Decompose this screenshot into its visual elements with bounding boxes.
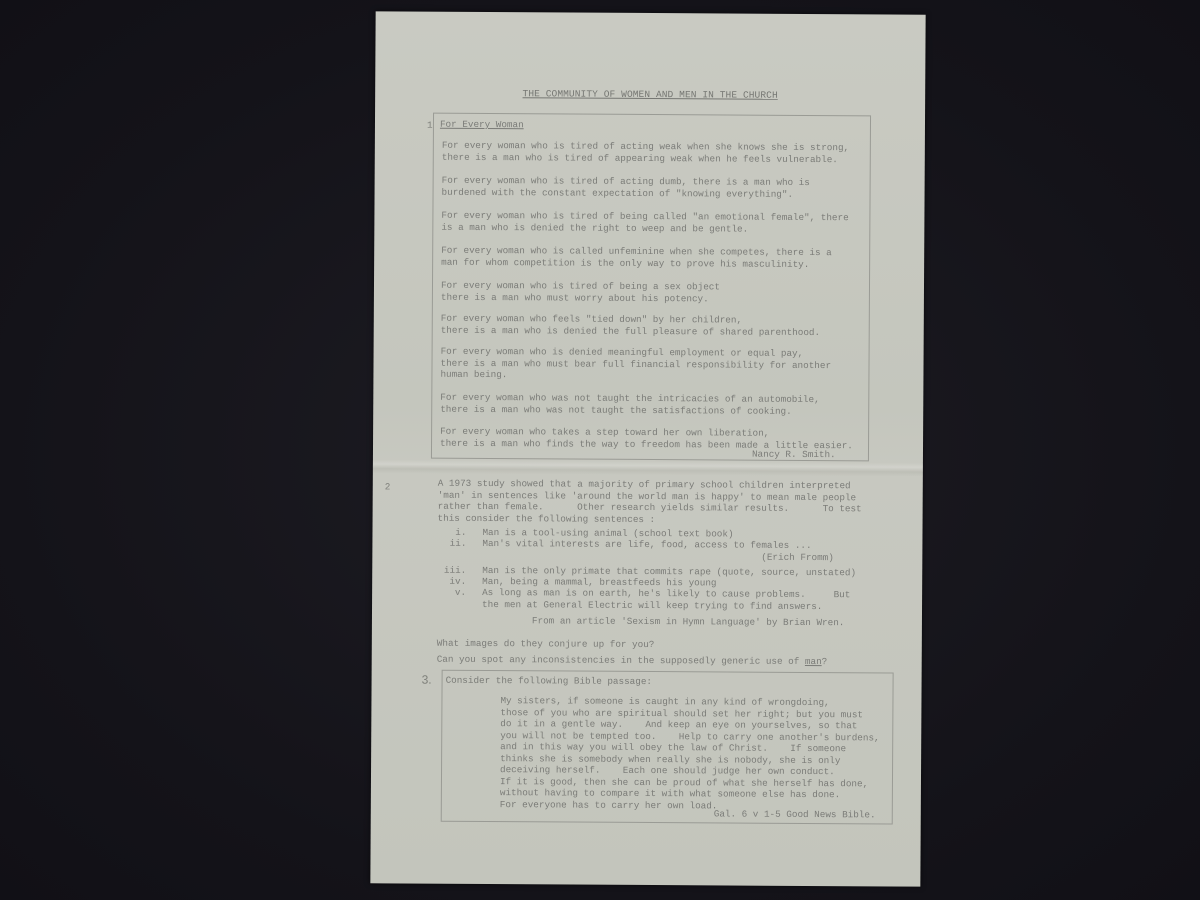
emphasized-word: man [805,656,822,667]
poem-stanza: For every woman who is called unfeminine… [441,245,871,271]
sentence-numeral: iv. [442,576,466,588]
section-1-poem-box: For Every Woman For every woman who is t… [431,113,871,462]
example-sentence: As long as man is on earth, he's likely … [482,587,850,612]
sentence-numeral: ii. [442,538,466,550]
discussion-question: What images do they conjure up for you? [437,638,655,651]
poem-stanza: For every woman who is denied meaningful… [440,346,870,383]
poem-author: Nancy R. Smith. [752,449,836,461]
poem-stanza: For every woman who is tired of acting w… [442,140,872,166]
section-3-number: 3. [422,675,432,687]
poem-stanza: For every woman who is tired of being a … [441,280,871,306]
poem-heading: For Every Woman [440,119,524,131]
sentence-numeral: i. [442,527,466,539]
bible-passage: My sisters, if someone is caught in any … [500,695,880,812]
question-text: Can you spot any inconsistencies in the … [437,654,805,667]
bible-reference: Gal. 6 v 1-5 Good News Bible. [714,808,876,820]
poem-stanza: For every woman who feels "tied down" by… [441,313,871,339]
section-1-number: 1 [427,120,433,132]
paper-fold-crease [373,459,923,476]
question-mark: ? [822,656,828,667]
sentence-numeral: iii. [442,565,466,577]
sentence-numeral: v. [442,587,466,599]
example-sentence: Man's vital interests are life, food, ac… [482,538,834,563]
typed-document-sheet: THE COMMUNITY OF WOMEN AND MEN IN THE CH… [370,11,925,886]
poem-stanza: For every woman who is tired of being ca… [441,210,871,236]
document-title: THE COMMUNITY OF WOMEN AND MEN IN THE CH… [375,87,925,102]
discussion-question: Can you spot any inconsistencies in the … [437,654,828,668]
poem-stanza: For every woman who was not taught the i… [440,392,870,418]
section-3-bible-box: Consider the following Bible passage: My… [441,670,894,825]
section-2-number: 2 [385,481,391,493]
bible-intro: Consider the following Bible passage: [446,675,653,688]
study-intro-paragraph: A 1973 study showed that a majority of p… [438,478,862,527]
poem-stanza: For every woman who is tired of acting d… [442,175,872,201]
article-source: From an article 'Sexism in Hymn Language… [532,615,845,628]
poem-stanza: For every woman who takes a step toward … [440,426,870,452]
